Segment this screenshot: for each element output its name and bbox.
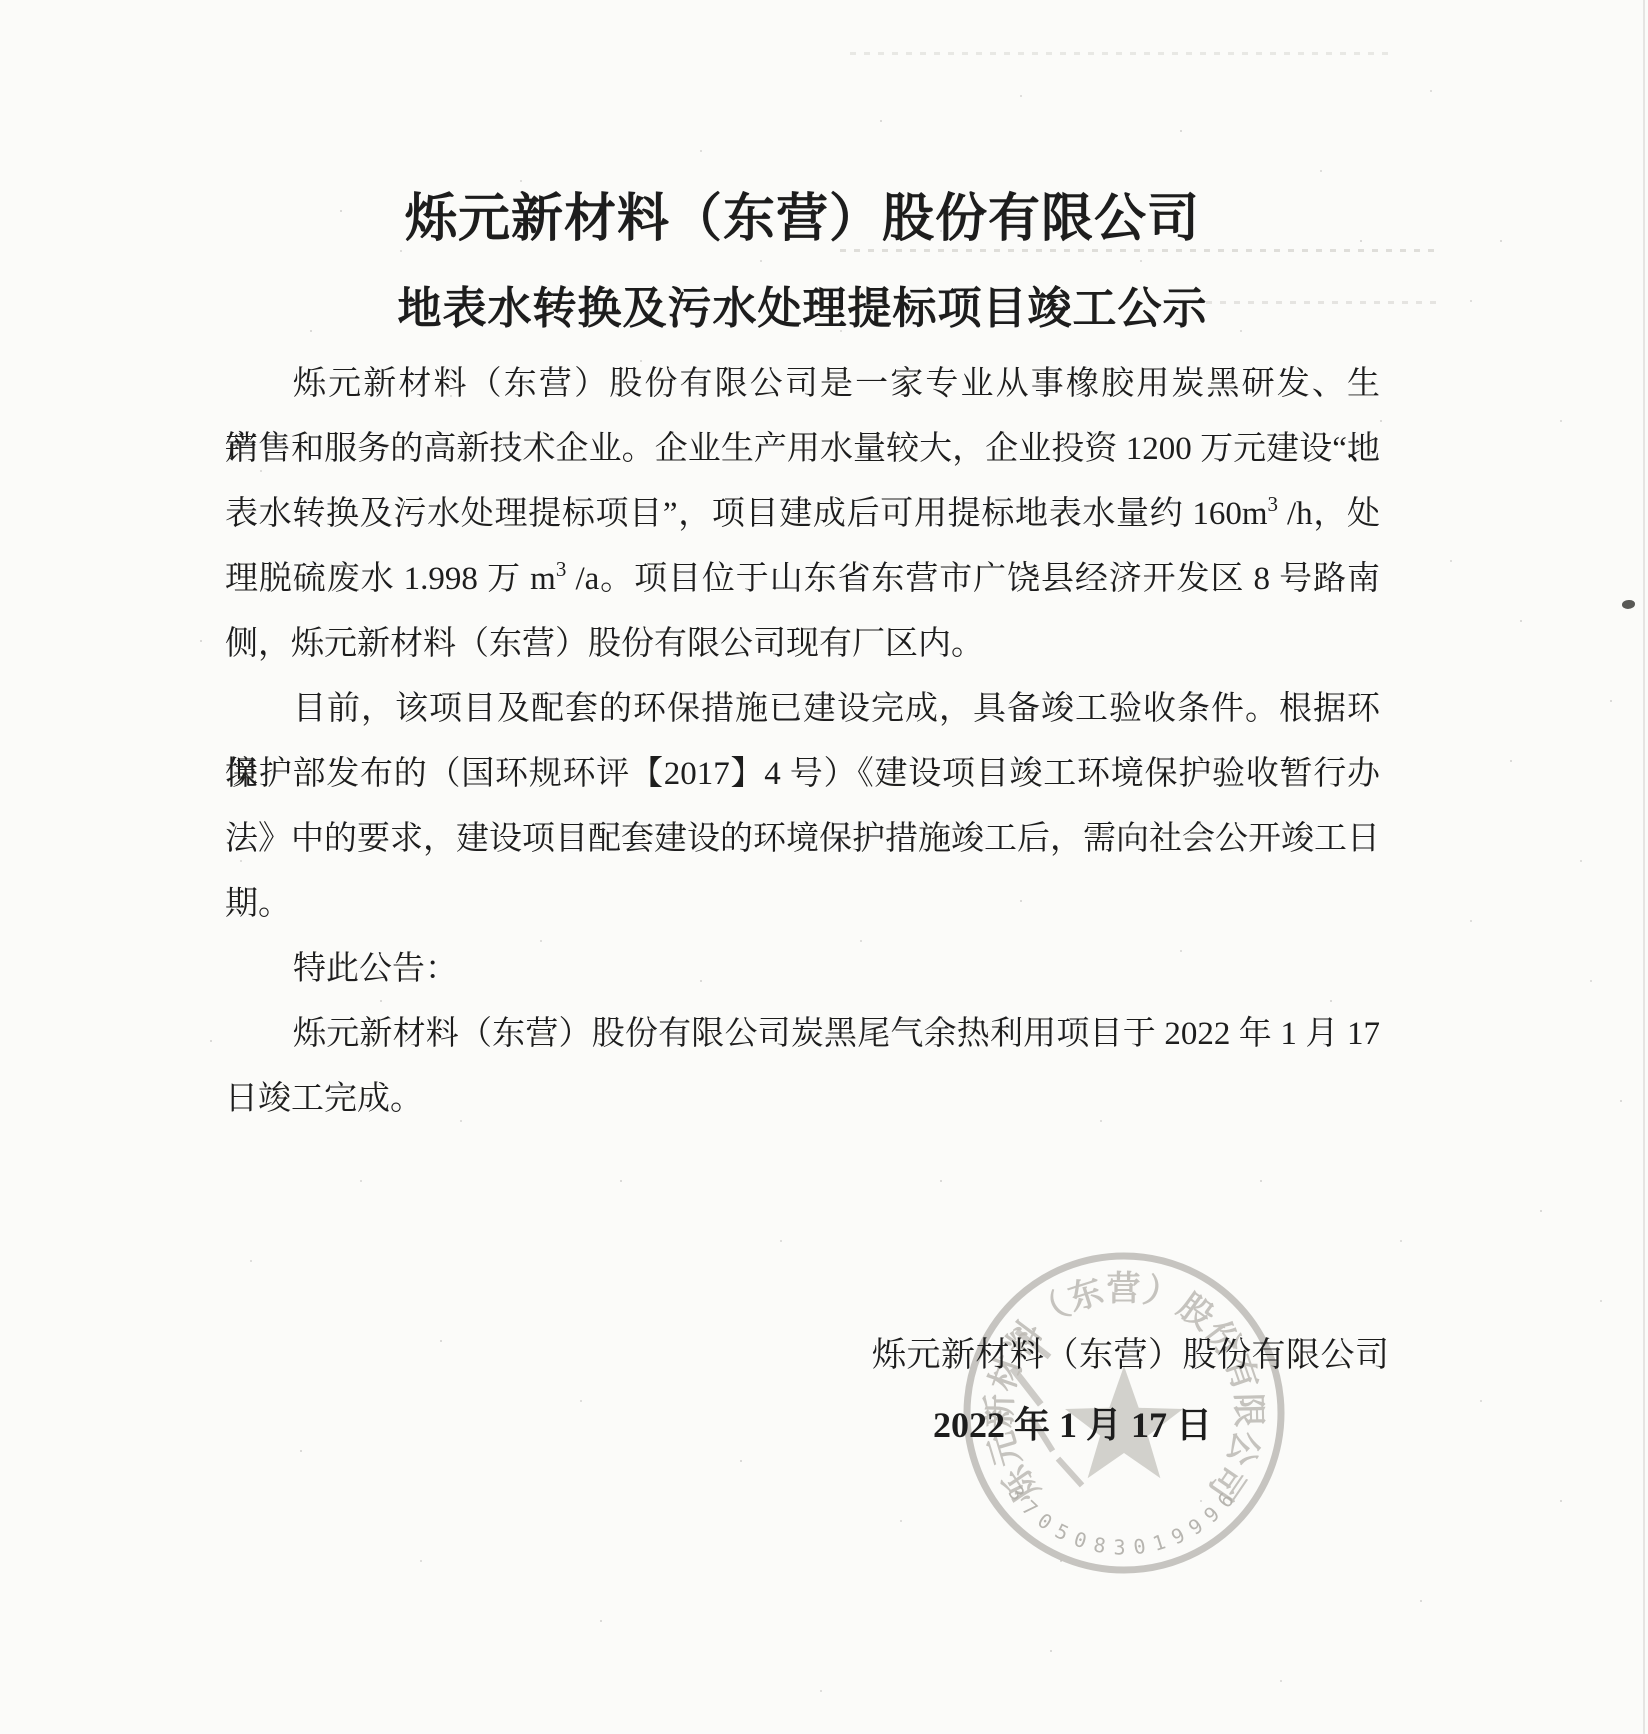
- scan-edge-mark: [1622, 600, 1635, 609]
- body-line: 保护部发布的（国环规环评【2017】4 号）《建设项目竣工环境保护验收暂行办: [225, 742, 1380, 807]
- scan-streak: [850, 52, 1390, 55]
- body-line: 期。: [225, 872, 1380, 937]
- body-line: 理脱硫废水 1.998 万 m3 /a。项目位于山东省东营市广饶县经济开发区 8…: [225, 547, 1380, 612]
- line-text: /a。项目位于山东省东营市广饶县经济开发区 8 号路南: [566, 561, 1380, 597]
- body-line: 侧，烁元新材料（东营）股份有限公司现有厂区内。: [225, 612, 1380, 677]
- body-line: 烁元新材料（东营）股份有限公司炭黑尾气余热利用项目于 2022 年 1 月 17: [225, 1002, 1380, 1067]
- scan-noise-speckles: [0, 0, 2, 2]
- signature-company-name: 烁元新材料（东营）股份有限公司: [872, 1332, 1390, 1380]
- body-line: 法》中的要求，建设项目配套建设的环境保护措施竣工后，需向社会公开竣工日: [225, 807, 1380, 872]
- body-line: 目前，该项目及配套的环保措施已建设完成，具备竣工验收条件。根据环境: [225, 677, 1380, 742]
- body-line: 销售和服务的高新技术企业。企业生产用水量较大，企业投资 1200 万元建设“地: [225, 417, 1380, 482]
- superscript-3: 3: [1268, 492, 1279, 516]
- body-line: 烁元新材料（东营）股份有限公司是一家专业从事橡胶用炭黑研发、生产、: [225, 352, 1380, 417]
- body-line: 表水转换及污水处理提标项目”，项目建成后可用提标地表水量约 160m3 /h，处: [225, 482, 1380, 547]
- superscript-3: 3: [556, 557, 567, 581]
- body-text: 烁元新材料（东营）股份有限公司是一家专业从事橡胶用炭黑研发、生产、 销售和服务的…: [225, 352, 1380, 1132]
- signature-date: 2022 年 1 月 17 日: [933, 1400, 1212, 1450]
- title-block: 烁元新材料（东营）股份有限公司 地表水转换及污水处理提标项目竣工公示: [225, 192, 1380, 333]
- line-text: 理脱硫废水 1.998 万 m: [225, 561, 556, 597]
- body-line: 特此公告：: [225, 937, 1380, 1002]
- body-line: 日竣工完成。: [225, 1067, 1380, 1132]
- scan-edge-line: [1643, 0, 1645, 1734]
- line-text: 表水转换及污水处理提标项目”，项目建成后可用提标地表水量约 160m: [225, 496, 1268, 532]
- company-title: 烁元新材料（东营）股份有限公司: [225, 192, 1380, 248]
- line-text: /h，处: [1278, 496, 1380, 532]
- document-title: 地表水转换及污水处理提标项目竣工公示: [225, 285, 1380, 333]
- scanned-document-page: 烁元新材料（东营）股份有限公司 地表水转换及污水处理提标项目竣工公示 烁元新材料…: [0, 0, 1648, 1734]
